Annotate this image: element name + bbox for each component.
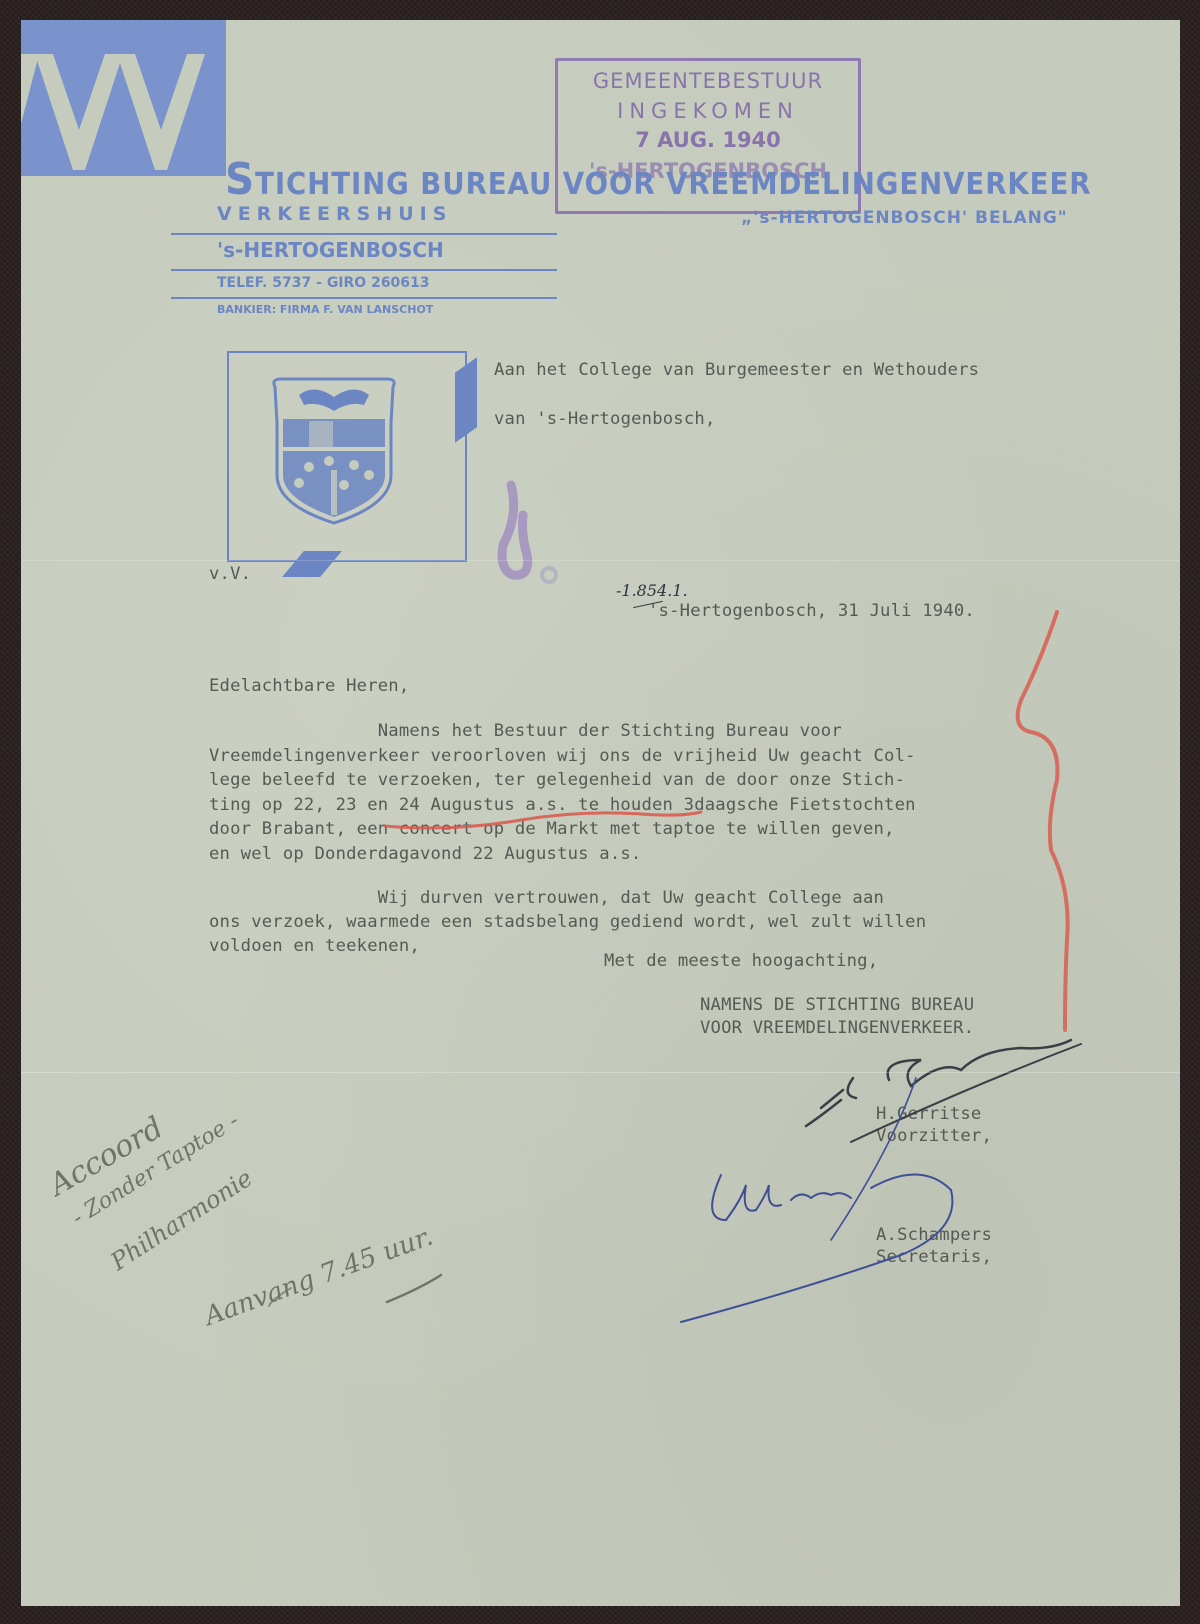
fold-crease <box>21 560 1180 561</box>
fold-crease <box>21 1072 1180 1073</box>
red-pencil-marks <box>21 20 1180 1606</box>
letter-page: GEMEENTEBESTUUR INGEKOMEN 7 AUG. 1940 's… <box>21 20 1180 1606</box>
